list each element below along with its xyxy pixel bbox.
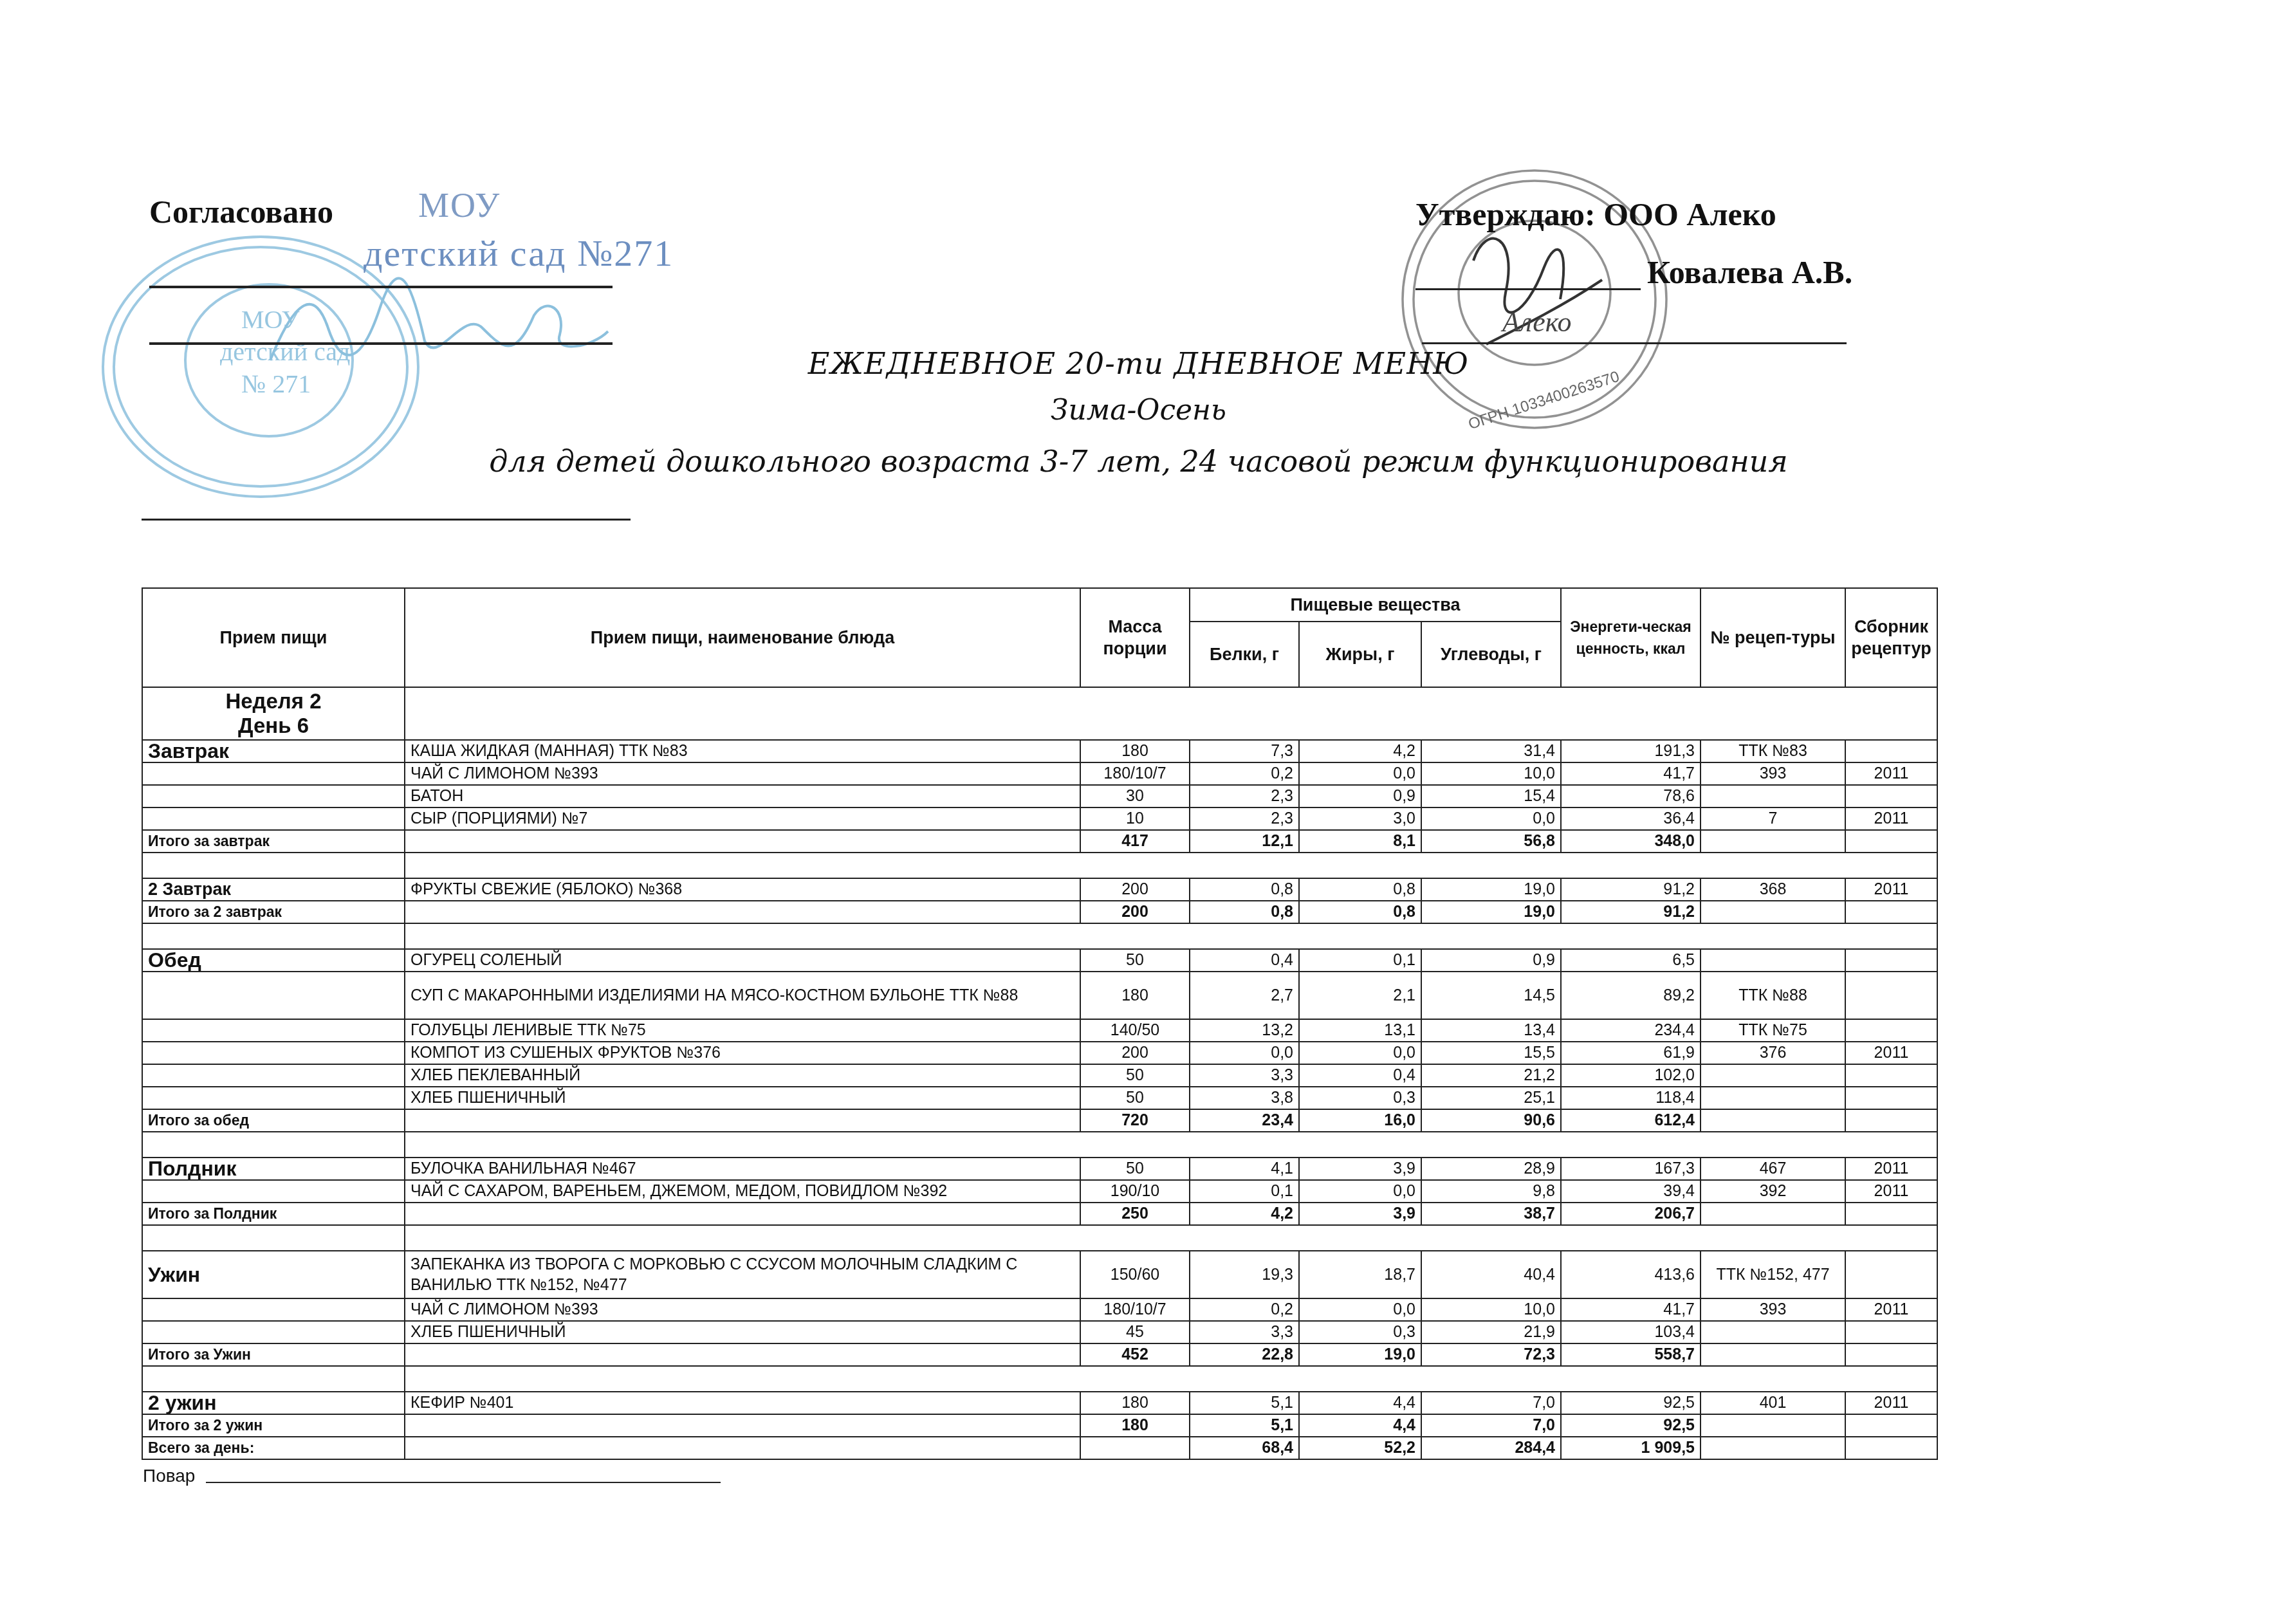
cell-fat: 13,1 — [1299, 1019, 1421, 1042]
cell-protein: 2,3 — [1190, 807, 1299, 830]
cell-protein: 2,7 — [1190, 972, 1299, 1019]
table-row: ХЛЕБ ПШЕНИЧНЫЙ453,30,321,9103,4 — [142, 1321, 1937, 1343]
header-recipe-no: № рецеп-туры — [1701, 588, 1845, 687]
document-title: ЕЖЕДНЕВНОЕ 20-ти ДНЕВНОЕ МЕНЮ — [0, 346, 2277, 381]
cell-carbs: 56,8 — [1421, 830, 1561, 853]
cell-carbs: 40,4 — [1421, 1251, 1561, 1298]
cell-fat: 18,7 — [1299, 1251, 1421, 1298]
cell-mass: 140/50 — [1080, 1019, 1190, 1042]
cell-energy: 36,4 — [1561, 807, 1701, 830]
cell-protein: 0,4 — [1190, 949, 1299, 972]
cell-dish: ОГУРЕЦ СОЛЕНЫЙ — [405, 949, 1080, 972]
cell-energy: 103,4 — [1561, 1321, 1701, 1343]
cell-recipe: 7 — [1701, 807, 1845, 830]
cell-energy: 167,3 — [1561, 1158, 1701, 1180]
cell-mass: 180/10/7 — [1080, 762, 1190, 785]
cell-meal: Итого за Ужин — [142, 1343, 405, 1366]
cell-protein: 0,0 — [1190, 1042, 1299, 1064]
empty-cell — [405, 1366, 1937, 1392]
cell-protein: 4,2 — [1190, 1203, 1299, 1225]
cell-mass — [1080, 1437, 1190, 1459]
cell-fat: 0,4 — [1299, 1064, 1421, 1087]
cell-carbs: 10,0 — [1421, 762, 1561, 785]
cell-carbs: 28,9 — [1421, 1158, 1561, 1180]
cell-fat: 0,0 — [1299, 1042, 1421, 1064]
cell-carbs: 19,0 — [1421, 878, 1561, 901]
cell-mass: 45 — [1080, 1321, 1190, 1343]
header-nutrients: Пищевые вещества — [1190, 588, 1561, 622]
cell-fat: 3,9 — [1299, 1203, 1421, 1225]
spacer-row — [142, 1132, 1937, 1158]
document-season: Зима-Осень — [0, 394, 2277, 427]
cell-recipe — [1701, 1203, 1845, 1225]
empty-cell — [142, 853, 405, 878]
cell-energy: 1 909,5 — [1561, 1437, 1701, 1459]
cell-recipe: 376 — [1701, 1042, 1845, 1064]
cell-collection — [1845, 1064, 1937, 1087]
table-row: ПолдникБУЛОЧКА ВАНИЛЬНАЯ №467504,13,928,… — [142, 1158, 1937, 1180]
menu-table: Прием пищи Прием пищи, наименование блюд… — [142, 587, 1938, 1460]
cell-carbs: 25,1 — [1421, 1087, 1561, 1109]
cell-recipe: ТТК №88 — [1701, 972, 1845, 1019]
cell-carbs: 284,4 — [1421, 1437, 1561, 1459]
cell-recipe — [1701, 1321, 1845, 1343]
cell-carbs: 10,0 — [1421, 1298, 1561, 1321]
table-row: СУП С МАКАРОННЫМИ ИЗДЕЛИЯМИ НА МЯСО-КОСТ… — [142, 972, 1937, 1019]
cell-mass: 50 — [1080, 1064, 1190, 1087]
cell-collection — [1845, 830, 1937, 853]
cell-meal — [142, 1064, 405, 1087]
cell-dish: ЧАЙ С ЛИМОНОМ №393 — [405, 762, 1080, 785]
table-row: ОбедОГУРЕЦ СОЛЕНЫЙ500,40,10,96,5 — [142, 949, 1937, 972]
cell-meal — [142, 972, 405, 1019]
cell-energy: 78,6 — [1561, 785, 1701, 807]
cell-collection — [1845, 1203, 1937, 1225]
cell-carbs: 72,3 — [1421, 1343, 1561, 1366]
table-row: ЗавтракКАША ЖИДКАЯ (МАННАЯ) ТТК №831807,… — [142, 740, 1937, 762]
table-row: ХЛЕБ ПЕКЛЕВАННЫЙ503,30,421,2102,0 — [142, 1064, 1937, 1087]
cell-meal — [142, 762, 405, 785]
signature-line — [149, 342, 613, 345]
cell-dish: БАТОН — [405, 785, 1080, 807]
table-row: СЫР (ПОРЦИЯМИ) №7102,33,00,036,472011 — [142, 807, 1937, 830]
cell-meal: 2 Завтрак — [142, 878, 405, 901]
cell-collection: 2011 — [1845, 1298, 1937, 1321]
spacer-row — [142, 923, 1937, 949]
cell-energy: 118,4 — [1561, 1087, 1701, 1109]
cell-energy: 41,7 — [1561, 1298, 1701, 1321]
cell-protein: 19,3 — [1190, 1251, 1299, 1298]
empty-cell — [405, 1225, 1937, 1251]
cell-fat: 4,4 — [1299, 1414, 1421, 1437]
cell-fat: 0,0 — [1299, 762, 1421, 785]
table-row: 2 ужинКЕФИР №4011805,14,47,092,54012011 — [142, 1392, 1937, 1414]
cook-signature-label: Повар — [143, 1466, 195, 1486]
spacer-row — [142, 1366, 1937, 1392]
cell-protein: 0,2 — [1190, 1298, 1299, 1321]
cell-dish: ХЛЕБ ПШЕНИЧНЫЙ — [405, 1087, 1080, 1109]
cell-protein: 5,1 — [1190, 1392, 1299, 1414]
cell-energy: 6,5 — [1561, 949, 1701, 972]
cell-carbs: 0,0 — [1421, 807, 1561, 830]
cell-dish: ЧАЙ С ЛИМОНОМ №393 — [405, 1298, 1080, 1321]
cell-collection — [1845, 785, 1937, 807]
table-row: ЧАЙ С САХАРОМ, ВАРЕНЬЕМ, ДЖЕМОМ, МЕДОМ, … — [142, 1180, 1937, 1203]
cell-recipe — [1701, 1343, 1845, 1366]
cell-dish: СУП С МАКАРОННЫМИ ИЗДЕЛИЯМИ НА МЯСО-КОСТ… — [405, 972, 1080, 1019]
header-dish: Прием пищи, наименование блюда — [405, 588, 1080, 687]
cell-carbs: 31,4 — [1421, 740, 1561, 762]
cell-carbs: 38,7 — [1421, 1203, 1561, 1225]
cell-meal: Итого за 2 ужин — [142, 1414, 405, 1437]
menu-table-container: Прием пищи Прием пищи, наименование блюд… — [142, 587, 1937, 1460]
signature-line — [1422, 342, 1847, 344]
cell-carbs: 14,5 — [1421, 972, 1561, 1019]
cell-collection — [1845, 901, 1937, 923]
cell-protein: 0,2 — [1190, 762, 1299, 785]
cell-mass: 180/10/7 — [1080, 1298, 1190, 1321]
cell-energy: 612,4 — [1561, 1109, 1701, 1132]
empty-cell — [142, 1225, 405, 1251]
cell-energy: 234,4 — [1561, 1019, 1701, 1042]
cell-carbs: 13,4 — [1421, 1019, 1561, 1042]
cell-dish — [405, 1203, 1080, 1225]
cell-meal: Итого за завтрак — [142, 830, 405, 853]
day-label: День 6 — [148, 714, 399, 738]
cell-recipe — [1701, 1414, 1845, 1437]
cell-recipe — [1701, 949, 1845, 972]
empty-cell — [142, 923, 405, 949]
cell-dish: ЗАПЕКАНКА ИЗ ТВОРОГА С МОРКОВЬЮ С ССУСОМ… — [405, 1251, 1080, 1298]
spacer-row — [142, 1225, 1937, 1251]
cell-mass: 50 — [1080, 1158, 1190, 1180]
table-row: УжинЗАПЕКАНКА ИЗ ТВОРОГА С МОРКОВЬЮ С СС… — [142, 1251, 1937, 1298]
cell-fat: 8,1 — [1299, 830, 1421, 853]
cell-carbs: 90,6 — [1421, 1109, 1561, 1132]
cell-collection — [1845, 972, 1937, 1019]
cell-dish — [405, 901, 1080, 923]
cell-fat: 0,3 — [1299, 1087, 1421, 1109]
cell-dish — [405, 1109, 1080, 1132]
table-row: 2 ЗавтракФРУКТЫ СВЕЖИЕ (ЯБЛОКО) №3682000… — [142, 878, 1937, 901]
empty-cell — [405, 923, 1937, 949]
total-row: Итого за 2 завтрак2000,80,819,091,2 — [142, 901, 1937, 923]
cell-carbs: 0,9 — [1421, 949, 1561, 972]
cell-dish: КЕФИР №401 — [405, 1392, 1080, 1414]
header-energy: Энергети-ческая ценность, ккал — [1561, 588, 1701, 687]
cell-protein: 2,3 — [1190, 785, 1299, 807]
cell-energy: 41,7 — [1561, 762, 1701, 785]
cell-energy: 39,4 — [1561, 1180, 1701, 1203]
cell-recipe — [1701, 830, 1845, 853]
cell-meal: 2 ужин — [142, 1392, 405, 1414]
cell-mass: 180 — [1080, 1392, 1190, 1414]
cell-carbs: 7,0 — [1421, 1392, 1561, 1414]
signature-line — [142, 519, 631, 521]
cell-collection: 2011 — [1845, 1042, 1937, 1064]
cell-collection — [1845, 740, 1937, 762]
empty-cell — [405, 853, 1937, 878]
cell-energy: 191,3 — [1561, 740, 1701, 762]
cell-collection — [1845, 1087, 1937, 1109]
cell-collection — [1845, 1019, 1937, 1042]
total-row: Итого за обед72023,416,090,6612,4 — [142, 1109, 1937, 1132]
cell-fat: 2,1 — [1299, 972, 1421, 1019]
cell-fat: 0,9 — [1299, 785, 1421, 807]
cell-carbs: 15,5 — [1421, 1042, 1561, 1064]
cell-carbs: 19,0 — [1421, 901, 1561, 923]
cell-fat: 0,8 — [1299, 901, 1421, 923]
cell-mass: 417 — [1080, 830, 1190, 853]
cook-signature-line — [206, 1482, 721, 1483]
signature-line — [1415, 288, 1641, 290]
cell-carbs: 9,8 — [1421, 1180, 1561, 1203]
cell-protein: 12,1 — [1190, 830, 1299, 853]
cell-recipe: 393 — [1701, 1298, 1845, 1321]
cell-recipe: 393 — [1701, 762, 1845, 785]
cell-dish: ФРУКТЫ СВЕЖИЕ (ЯБЛОКО) №368 — [405, 878, 1080, 901]
cell-meal — [142, 1298, 405, 1321]
cell-recipe: 368 — [1701, 878, 1845, 901]
week-day-row: Неделя 2 День 6 — [142, 687, 1937, 740]
cell-energy: 92,5 — [1561, 1392, 1701, 1414]
cell-energy: 206,7 — [1561, 1203, 1701, 1225]
cell-carbs: 21,9 — [1421, 1321, 1561, 1343]
cell-mass: 200 — [1080, 878, 1190, 901]
cell-energy: 348,0 — [1561, 830, 1701, 853]
total-row: Итого за завтрак41712,18,156,8348,0 — [142, 830, 1937, 853]
total-row: Итого за Полдник2504,23,938,7206,7 — [142, 1203, 1937, 1225]
cell-protein: 3,3 — [1190, 1321, 1299, 1343]
cell-collection — [1845, 1414, 1937, 1437]
cell-recipe — [1701, 1437, 1845, 1459]
cell-mass: 200 — [1080, 901, 1190, 923]
table-row: БАТОН302,30,915,478,6 — [142, 785, 1937, 807]
cell-collection — [1845, 1109, 1937, 1132]
cell-meal: Ужин — [142, 1251, 405, 1298]
cell-protein: 68,4 — [1190, 1437, 1299, 1459]
empty-cell — [142, 1132, 405, 1158]
cell-meal — [142, 1019, 405, 1042]
cell-fat: 0,8 — [1299, 878, 1421, 901]
cell-dish — [405, 1437, 1080, 1459]
cell-meal — [142, 1087, 405, 1109]
table-row: КОМПОТ ИЗ СУШЕНЫХ ФРУКТОВ №3762000,00,01… — [142, 1042, 1937, 1064]
cell-mass: 180 — [1080, 740, 1190, 762]
cell-mass: 10 — [1080, 807, 1190, 830]
cell-meal — [142, 1180, 405, 1203]
cell-collection — [1845, 949, 1937, 972]
cell-dish: КАША ЖИДКАЯ (МАННАЯ) ТТК №83 — [405, 740, 1080, 762]
cell-fat: 0,0 — [1299, 1180, 1421, 1203]
document-subtitle: для детей дошкольного возраста 3-7 лет, … — [0, 444, 2277, 479]
cell-dish: ГОЛУБЦЫ ЛЕНИВЫЕ ТТК №75 — [405, 1019, 1080, 1042]
cell-fat: 0,1 — [1299, 949, 1421, 972]
cell-collection: 2011 — [1845, 762, 1937, 785]
cell-protein: 4,1 — [1190, 1158, 1299, 1180]
cell-fat: 3,9 — [1299, 1158, 1421, 1180]
cell-recipe: ТТК №152, 477 — [1701, 1251, 1845, 1298]
agreed-org-name-line-1: МОУ — [418, 185, 501, 225]
cell-meal: Полдник — [142, 1158, 405, 1180]
cell-recipe: 392 — [1701, 1180, 1845, 1203]
grand-total-row: Всего за день:68,452,2284,41 909,5 — [142, 1437, 1937, 1459]
cell-mass: 50 — [1080, 949, 1190, 972]
cell-dish: ХЛЕБ ПШЕНИЧНЫЙ — [405, 1321, 1080, 1343]
cell-collection: 2011 — [1845, 807, 1937, 830]
cell-protein: 0,1 — [1190, 1180, 1299, 1203]
cell-dish — [405, 830, 1080, 853]
header-protein: Белки, г — [1190, 622, 1299, 687]
cell-fat: 0,3 — [1299, 1321, 1421, 1343]
header-fat: Жиры, г — [1299, 622, 1421, 687]
cell-recipe — [1701, 901, 1845, 923]
approver-name: Ковалева А.В. — [1647, 254, 1852, 291]
cell-meal: Итого за 2 завтрак — [142, 901, 405, 923]
cell-meal — [142, 1321, 405, 1343]
svg-text:Алеко: Алеко — [1500, 306, 1572, 338]
cell-dish: ЧАЙ С САХАРОМ, ВАРЕНЬЕМ, ДЖЕМОМ, МЕДОМ, … — [405, 1180, 1080, 1203]
header-collection: Сборник рецептур — [1845, 588, 1937, 687]
cell-fat: 16,0 — [1299, 1109, 1421, 1132]
cell-recipe: ТТК №75 — [1701, 1019, 1845, 1042]
cell-dish: БУЛОЧКА ВАНИЛЬНАЯ №467 — [405, 1158, 1080, 1180]
cell-mass: 250 — [1080, 1203, 1190, 1225]
cell-mass: 180 — [1080, 972, 1190, 1019]
cell-meal: Обед — [142, 949, 405, 972]
cell-fat: 4,2 — [1299, 740, 1421, 762]
spacer-row — [142, 853, 1937, 878]
cell-energy: 413,6 — [1561, 1251, 1701, 1298]
cell-meal — [142, 785, 405, 807]
cell-meal: Всего за день: — [142, 1437, 405, 1459]
cell-mass: 190/10 — [1080, 1180, 1190, 1203]
cell-recipe: ТТК №83 — [1701, 740, 1845, 762]
cell-mass: 452 — [1080, 1343, 1190, 1366]
cell-mass: 30 — [1080, 785, 1190, 807]
cell-mass: 150/60 — [1080, 1251, 1190, 1298]
cell-protein: 0,8 — [1190, 878, 1299, 901]
cell-meal — [142, 1042, 405, 1064]
cell-energy: 89,2 — [1561, 972, 1701, 1019]
cell-fat: 0,0 — [1299, 1298, 1421, 1321]
cell-mass: 50 — [1080, 1087, 1190, 1109]
cell-collection: 2011 — [1845, 1158, 1937, 1180]
approved-by-label: Утверждаю: ООО Алеко — [1415, 196, 1776, 233]
cell-recipe: 401 — [1701, 1392, 1845, 1414]
cell-carbs: 7,0 — [1421, 1414, 1561, 1437]
table-row: ГОЛУБЦЫ ЛЕНИВЫЕ ТТК №75140/5013,213,113,… — [142, 1019, 1937, 1042]
cell-collection — [1845, 1343, 1937, 1366]
cell-dish: СЫР (ПОРЦИЯМИ) №7 — [405, 807, 1080, 830]
cell-protein: 3,3 — [1190, 1064, 1299, 1087]
cell-fat: 3,0 — [1299, 807, 1421, 830]
cell-dish — [405, 1343, 1080, 1366]
cell-mass: 200 — [1080, 1042, 1190, 1064]
cell-fat: 52,2 — [1299, 1437, 1421, 1459]
cell-mass: 720 — [1080, 1109, 1190, 1132]
empty-cell — [142, 1366, 405, 1392]
cell-protein: 5,1 — [1190, 1414, 1299, 1437]
cell-collection — [1845, 1251, 1937, 1298]
table-row: ЧАЙ С ЛИМОНОМ №393180/10/70,20,010,041,7… — [142, 762, 1937, 785]
cell-energy: 91,2 — [1561, 901, 1701, 923]
empty-cell — [405, 687, 1937, 740]
header-carbs: Углеводы, г — [1421, 622, 1561, 687]
cell-mass: 180 — [1080, 1414, 1190, 1437]
cell-meal: Итого за обед — [142, 1109, 405, 1132]
cell-collection: 2011 — [1845, 1392, 1937, 1414]
cell-fat: 4,4 — [1299, 1392, 1421, 1414]
cell-protein: 23,4 — [1190, 1109, 1299, 1132]
cell-collection — [1845, 1321, 1937, 1343]
table-row: ЧАЙ С ЛИМОНОМ №393180/10/70,20,010,041,7… — [142, 1298, 1937, 1321]
cell-recipe: 467 — [1701, 1158, 1845, 1180]
cell-energy: 558,7 — [1561, 1343, 1701, 1366]
cell-collection: 2011 — [1845, 878, 1937, 901]
cell-protein: 7,3 — [1190, 740, 1299, 762]
cell-recipe — [1701, 1064, 1845, 1087]
table-row: ХЛЕБ ПШЕНИЧНЫЙ503,80,325,1118,4 — [142, 1087, 1937, 1109]
header-meal: Прием пищи — [142, 588, 405, 687]
cell-meal — [142, 807, 405, 830]
cell-protein: 22,8 — [1190, 1343, 1299, 1366]
cell-recipe — [1701, 1109, 1845, 1132]
cell-dish: ХЛЕБ ПЕКЛЕВАННЫЙ — [405, 1064, 1080, 1087]
header-mass: Масса порции — [1080, 588, 1190, 687]
cell-collection — [1845, 1437, 1937, 1459]
agreed-label: Согласовано — [149, 193, 333, 230]
cell-carbs: 21,2 — [1421, 1064, 1561, 1087]
total-row: Итого за 2 ужин1805,14,47,092,5 — [142, 1414, 1937, 1437]
agreed-org-name-line-2: детский сад №271 — [364, 232, 674, 275]
total-row: Итого за Ужин45222,819,072,3558,7 — [142, 1343, 1937, 1366]
week-day-label: Неделя 2 День 6 — [142, 687, 405, 740]
cell-protein: 3,8 — [1190, 1087, 1299, 1109]
week-label: Неделя 2 — [148, 689, 399, 714]
signature-line — [149, 286, 613, 288]
cell-dish — [405, 1414, 1080, 1437]
cell-energy: 102,0 — [1561, 1064, 1701, 1087]
cell-recipe — [1701, 1087, 1845, 1109]
cell-energy: 61,9 — [1561, 1042, 1701, 1064]
cell-meal: Завтрак — [142, 740, 405, 762]
cell-carbs: 15,4 — [1421, 785, 1561, 807]
cell-collection: 2011 — [1845, 1180, 1937, 1203]
cell-dish: КОМПОТ ИЗ СУШЕНЫХ ФРУКТОВ №376 — [405, 1042, 1080, 1064]
cell-energy: 92,5 — [1561, 1414, 1701, 1437]
cell-meal: Итого за Полдник — [142, 1203, 405, 1225]
cell-recipe — [1701, 785, 1845, 807]
empty-cell — [405, 1132, 1937, 1158]
cell-protein: 13,2 — [1190, 1019, 1299, 1042]
cell-protein: 0,8 — [1190, 901, 1299, 923]
cell-fat: 19,0 — [1299, 1343, 1421, 1366]
cell-energy: 91,2 — [1561, 878, 1701, 901]
